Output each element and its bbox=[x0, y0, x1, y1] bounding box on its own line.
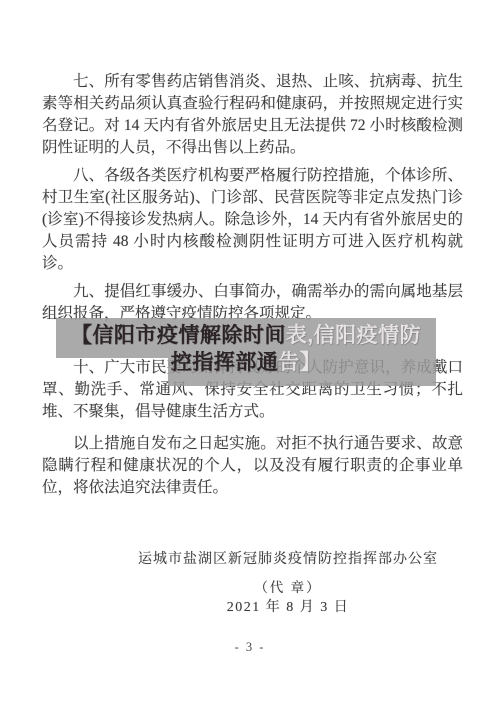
overlay-title-line1: 【信阳市疫情解除时间表,信阳疫情防 bbox=[56, 322, 436, 349]
issue-date: 2021 年 8 月 3 日 bbox=[138, 599, 438, 616]
issuing-office: 运城市盐湖区新冠肺炎疫情防控指挥部办公室 bbox=[138, 551, 438, 569]
overlay-title: 【信阳市疫情解除时间表,信阳疫情防 控指挥部通告】 bbox=[56, 322, 436, 376]
overlay-title-line1-dark: 【信阳市疫情解除时间 bbox=[71, 324, 286, 347]
paragraph: 七、所有零售药店销售消炎、退热、止咳、抗病毒、抗生素等相关药品须认真查验行程码和… bbox=[42, 71, 463, 159]
document-page: 七、所有零售药店销售消炎、退热、止咳、抗病毒、抗生素等相关药品须认真查验行程码和… bbox=[0, 0, 500, 707]
overlay-title-line2: 控指挥部通告】 bbox=[56, 349, 436, 376]
overlay-title-line2-light: 告】 bbox=[278, 351, 321, 374]
paragraph: 八、各级各类医疗机构要严格履行防控措施，个体诊所、村卫生室(社区服务站)、门诊部… bbox=[42, 165, 463, 275]
signature-block: 运城市盐湖区新冠肺炎疫情防控指挥部办公室 （代 章） 2021 年 8 月 3 … bbox=[138, 551, 438, 616]
document-body: 七、所有零售药店销售消炎、退热、止咳、抗病毒、抗生素等相关药品须认真查验行程码和… bbox=[42, 71, 463, 505]
page-number: - 3 - bbox=[0, 640, 500, 655]
seal-note: （代 章） bbox=[138, 579, 438, 596]
overlay-title-line1-light: 表,信阳疫情防 bbox=[286, 324, 421, 347]
overlay-title-line2-dark: 控指挥部通 bbox=[171, 351, 279, 374]
paragraph: 以上措施自发布之日起实施。对拒不执行通告要求、故意隐瞒行程和健康状况的个人，以及… bbox=[42, 433, 463, 499]
